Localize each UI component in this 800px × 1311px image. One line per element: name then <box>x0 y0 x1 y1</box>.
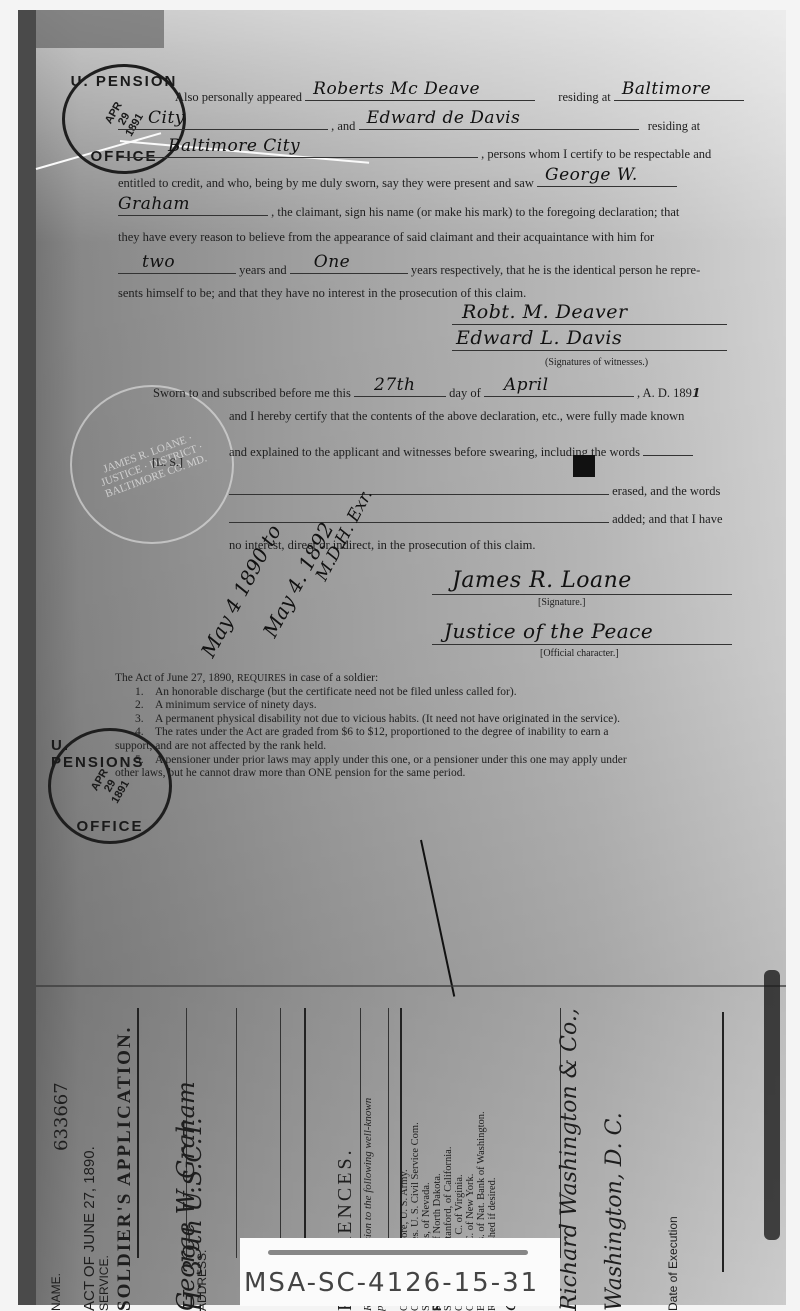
requirement-item: 3.A permanent physical disability not du… <box>115 713 740 727</box>
claimant-last-name: Graham <box>118 194 190 214</box>
static-text: day of <box>449 386 481 400</box>
affidavit-line-6: they have every reason to believe from t… <box>118 230 654 245</box>
witness1-residence: Baltimore <box>622 79 711 99</box>
affidavit-line-8: sents himself to be; and that they have … <box>118 286 526 301</box>
jurat-line-2: and I hereby certify that the contents o… <box>229 409 684 424</box>
official-signature-field: James R. Loane <box>432 580 732 595</box>
static-text: and I hereby certify that the contents o… <box>229 409 684 423</box>
official-title: Justice of the Peace <box>444 619 653 643</box>
witness1-residence-cont: City <box>148 108 185 128</box>
item-number: 1. <box>135 686 155 700</box>
ink-blot <box>573 455 595 477</box>
date-of-execution-label: Date of Execution <box>666 1216 702 1311</box>
act-requirements: The Act of June 27, 1890, REQUIRES in ca… <box>115 672 740 781</box>
official-title-line: Justice of the Peace <box>432 630 732 649</box>
erased-words-field <box>229 480 609 495</box>
static-text: The Act of June 27, 1890, <box>115 672 234 684</box>
item-text: A permanent physical disability not due … <box>155 713 620 725</box>
stamp-date: APR 29 1891 <box>88 766 131 805</box>
archive-call-number: MSA-SC-4126-15-31 <box>244 1268 539 1298</box>
affidavit-line-3: Baltimore City , persons whom I certify … <box>118 143 711 162</box>
tape-mark <box>268 1250 528 1255</box>
docket-rule <box>304 1008 306 1258</box>
witness1-residence-field: Baltimore <box>614 86 744 101</box>
requirements-heading: The Act of June 27, 1890, REQUIRES in ca… <box>115 672 740 686</box>
stamp-ring-text-bottom: OFFICE <box>77 818 144 835</box>
affidavit-line-1: Also personally appeared Roberts Mc Deav… <box>175 86 744 105</box>
title-caption: [Official character.] <box>540 648 619 659</box>
added-line: added; and that I have <box>229 508 723 527</box>
static-text: , A. D. 189 <box>637 386 692 400</box>
requirement-item: 1.An honorable discharge (but the certif… <box>115 686 740 700</box>
static-text: Sworn to and subscribed before me this <box>153 386 351 400</box>
official-title-field: Justice of the Peace <box>432 630 732 645</box>
item-text: A minimum service of ninety days. <box>155 699 317 711</box>
filer-city: Washington, D. C. <box>602 1112 668 1311</box>
date-of-execution-rule <box>722 1012 724 1272</box>
static-text: residing at <box>648 119 700 133</box>
witness2-signature-line: Edward L. Davis <box>452 336 727 355</box>
jurat-line-3: and explained to the applicant and witne… <box>229 441 693 460</box>
witness1-name: Roberts Mc Deave <box>313 79 480 99</box>
static-text: REQUIRES <box>237 673 286 684</box>
witness2-name-field: Edward de Davis <box>359 115 639 130</box>
affidavit-line-4: entitled to credit, and who, being by me… <box>118 172 677 191</box>
jurat-day: 27th <box>374 375 415 395</box>
item-text: An honorable discharge (but the certific… <box>155 686 517 698</box>
witness2-signature-field: Edward L. Davis <box>452 336 727 351</box>
static-text: in case of a soldier: <box>289 672 378 684</box>
included-words-field <box>643 441 693 456</box>
witness1-name-field: Roberts Mc Deave <box>305 86 535 101</box>
signature-caption: [Signature.] <box>538 597 586 608</box>
requirement-item-cont: other laws, but he cannot draw more than… <box>115 767 740 781</box>
static-text: they have every reason to believe from t… <box>118 230 654 244</box>
witness2-name: Edward de Davis <box>367 108 521 128</box>
stamp-ring-text: U. PENSION <box>71 73 178 90</box>
binding-edge <box>18 10 36 1305</box>
affidavit-line-5: Graham , the claimant, sign his name (or… <box>118 201 679 220</box>
jurat-year-suffix: 1 <box>692 385 701 400</box>
requirement-item: 4.The rates under the Act are graded fro… <box>115 726 740 740</box>
requirement-item-cont: support, and are not affected by the ran… <box>115 740 740 754</box>
item-number: 2. <box>135 699 155 713</box>
claimant-first-name: George W. <box>545 165 638 185</box>
affidavit-line-7: two years and One years respectively, th… <box>118 259 700 278</box>
static-text: years respectively, that he is the ident… <box>411 263 700 277</box>
static-text: erased, and the words <box>612 484 720 498</box>
static-text: added; and that I have <box>612 512 722 526</box>
affidavit-line-2: City , and Edward de Davis residing at <box>118 115 700 134</box>
added-words-field <box>229 508 609 523</box>
official-signature: James R. Loane <box>452 568 632 593</box>
erased-line: erased, and the words <box>229 480 720 499</box>
docket-rule <box>280 1008 281 1258</box>
static-text: sents himself to be; and that they have … <box>118 286 526 300</box>
edge-smudge <box>764 970 780 1240</box>
claimant-first-field: George W. <box>537 172 677 187</box>
static-text: residing at <box>558 90 610 104</box>
jurat-line-1: Sworn to and subscribed before me this 2… <box>153 382 701 401</box>
static-text: , and <box>331 119 355 133</box>
static-text: entitled to credit, and who, being by me… <box>118 176 534 190</box>
years-witness2-field: One <box>290 259 408 274</box>
requirement-item: 5.A pensioner under prior laws may apply… <box>115 754 740 768</box>
static-text: , persons whom I certify to be respectab… <box>481 147 711 161</box>
item-number: 3. <box>135 713 155 727</box>
witness2-residence-field: Baltimore City <box>118 143 478 158</box>
item-text: A pensioner under prior laws may apply u… <box>155 754 627 766</box>
folded-tab <box>36 10 164 48</box>
requirement-item: 2.A minimum service of ninety days. <box>115 699 740 713</box>
witness1-residence-cont-field: City <box>118 115 328 130</box>
fold-line <box>36 985 786 987</box>
years-witness1-field: two <box>118 259 236 274</box>
stamp-ring-text: U. PENSIONS <box>51 737 169 771</box>
static-text: , the claimant, sign his name (or make h… <box>271 205 679 219</box>
signatures-caption: (Signatures of witnesses.) <box>545 357 648 368</box>
years-witness1: two <box>142 252 175 272</box>
jurat-month: April <box>504 375 549 395</box>
witness1-signature-field: Robt. M. Deaver <box>452 310 727 325</box>
witness2-residence: Baltimore City <box>168 136 300 156</box>
seal-label: [L. S.] <box>152 455 183 470</box>
jurat-day-field: 27th <box>354 382 446 397</box>
static-text: years and <box>239 263 287 277</box>
pension-office-stamp-middle: U. PENSIONS APR 29 1891 OFFICE <box>48 728 172 844</box>
claimant-last-field: Graham <box>118 201 268 216</box>
filer-name: Richard Washington & Co., <box>557 1008 598 1311</box>
witness1-signature: Robt. M. Deaver <box>462 301 628 323</box>
jurat-month-field: April <box>484 382 634 397</box>
static-text: Also personally appeared <box>175 90 302 104</box>
item-text: The rates under the Act are graded from … <box>155 726 608 738</box>
years-witness2: One <box>314 252 350 272</box>
file-number: 633667 <box>51 1082 72 1151</box>
witness2-signature: Edward L. Davis <box>456 327 622 349</box>
